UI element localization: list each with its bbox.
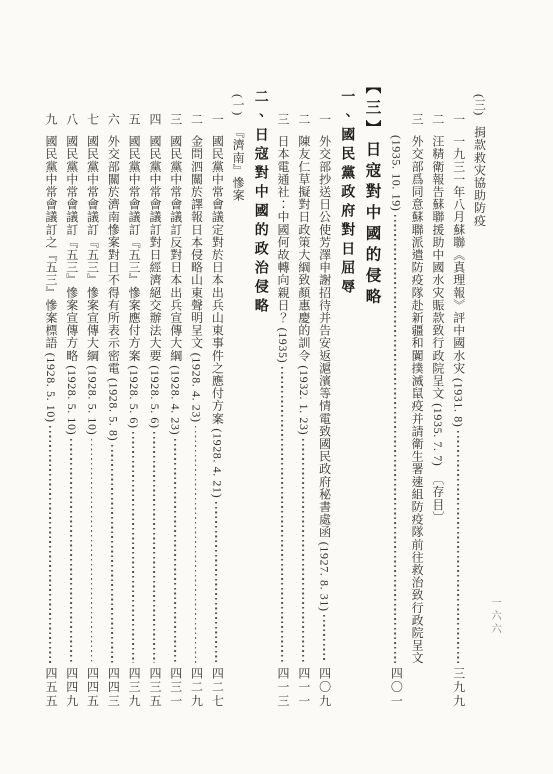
toc-entry: 三 國民黨中常會議訂反對日本出兵宣傳大綱 (1928. 4. 23) 四三一 bbox=[164, 78, 185, 708]
dotted-leader bbox=[451, 427, 465, 667]
entry-number: 一 bbox=[451, 113, 465, 126]
toc-entry: 一 一九三一年八月蘇聯《真理報》評中國水灾 (1931. 8) 三九九 bbox=[447, 78, 468, 708]
entry-title: 國民黨中常會議訂對日經濟絕交辦法大要 (1928. 5. 6) bbox=[147, 135, 161, 429]
toc-entry: 七 國民黨中常會議訂『五三』慘案宣傳大綱 (1928. 5. 10) 四四五 bbox=[81, 78, 102, 708]
dotted-leader bbox=[85, 435, 99, 667]
dotted-leader bbox=[275, 363, 289, 667]
entry-number: 二 bbox=[189, 113, 203, 126]
entry-title: 國民黨中常會議定對於日本出兵山東事件之應付方案 (1928. 4. 21) bbox=[210, 135, 224, 498]
entry-title: 日本電通社：中國何故轉向親日？ (1935) bbox=[275, 135, 289, 363]
page-folio: 一六六 bbox=[488, 597, 503, 636]
section-title: 一、國民黨政府對日屈辱 bbox=[338, 89, 354, 298]
entry-number: 二 bbox=[296, 113, 310, 126]
book-page: { "page": { "folio": "一六六", "paper_color… bbox=[0, 0, 553, 774]
dotted-leader bbox=[64, 435, 78, 667]
toc-entry: 五 國民黨中常會議訂『五三』慘案應付方案 (1928. 5. 6) 四三九 bbox=[123, 78, 144, 708]
dotted-leader bbox=[43, 422, 57, 667]
entry-number: 三 bbox=[409, 113, 423, 126]
subsection-number: (一) bbox=[230, 94, 244, 116]
entry-number: 七 bbox=[85, 113, 99, 126]
toc-entry: 八 國民黨中常會議訂『五三』慘案宣傳方略 (1928. 5. 10) 四四九 bbox=[60, 78, 81, 708]
toc-entry: 四 國民黨中常會議訂對日經濟絕交辦法大要 (1928. 5. 6) 四三五 bbox=[144, 78, 165, 708]
dotted-leader bbox=[317, 611, 331, 667]
subsection-title: 捐款救灾協助防疫 bbox=[472, 126, 486, 227]
dotted-leader bbox=[389, 211, 403, 667]
entry-title: 外交部爲同意蘇聯派遣防疫隊赴新疆和闐撲滅鼠疫并請衛生署速組防疫隊前往救治致行政院… bbox=[409, 135, 423, 664]
entry-page-number: 四〇九 bbox=[317, 667, 331, 708]
toc-entry: 二 金問泗關於譯報日本侵略山東聲明呈文 (1928. 4. 23) 四二九 bbox=[185, 78, 206, 708]
entry-page-number: 四三九 bbox=[126, 667, 140, 708]
entry-title: 外交部抄送日公使芳澤申謝招待并告安返滬濱等情電致國民政府秘書處函 (1927. … bbox=[317, 135, 331, 612]
dotted-leader bbox=[210, 498, 224, 667]
entry-number: 五 bbox=[126, 113, 140, 126]
entry-number: 一 bbox=[317, 113, 331, 126]
section-title: 二、日寇對中國的政治侵略 bbox=[252, 89, 268, 317]
toc-entry: 二 汪精衛報告蘇聯援助中國水灾賑款致行政院呈文 (1935. 7. 7) 〔存目… bbox=[427, 78, 448, 708]
entry-number: 九 bbox=[43, 113, 57, 126]
entry-page-number: 四二七 bbox=[210, 667, 224, 708]
entry-date: (1935. 10. 19) bbox=[389, 135, 403, 211]
dotted-leader bbox=[189, 422, 203, 667]
entry-title: 外交部關於濟南慘案對日不得有所表示密電 (1928. 5. 8) bbox=[106, 135, 120, 441]
toc-entry: 一 國民黨中常會議定對於日本出兵山東事件之應付方案 (1928. 4. 21) … bbox=[206, 78, 227, 708]
toc-entry: 九 國民黨中常會議訂之『五三』慘案標語 (1928. 5. 10) 四五五 bbox=[40, 78, 61, 708]
entry-page-number: 四五五 bbox=[43, 667, 57, 708]
entry-number: 一 bbox=[210, 113, 224, 126]
chapter-heading: 【三】日寇對中國的侵略 bbox=[358, 78, 385, 708]
entry-page-number: 四三一 bbox=[168, 667, 182, 708]
subsection-heading-relief: (三) 捐款救灾協助防疫 bbox=[468, 78, 489, 708]
entry-page-number: 四四五 bbox=[85, 667, 99, 708]
entry-title: 陳友仁草擬對日政策大綱致顏惠慶的訓令 (1932. 1. 23) bbox=[296, 135, 310, 435]
entry-page-number: 四二九 bbox=[189, 667, 203, 708]
entry-page-number: 四一三 bbox=[275, 667, 289, 708]
subsection-number: (三) bbox=[472, 94, 486, 116]
subsection-title: 『濟南』慘案 bbox=[230, 126, 244, 202]
entry-title: 國民黨中常會議訂『五三』慘案宣傳大綱 (1928. 5. 10) bbox=[85, 135, 99, 435]
entry-title: 國民黨中常會議訂之『五三』慘案標語 (1928. 5. 10) bbox=[43, 135, 57, 423]
entry-page-number: 四四九 bbox=[64, 667, 78, 708]
toc-entry-continuation: (1935. 10. 19) 四〇一 bbox=[385, 78, 406, 708]
entry-page-number: 四三五 bbox=[147, 667, 161, 708]
entry-title: 汪精衛報告蘇聯援助中國水灾賑款致行政院呈文 (1935. 7. 7) bbox=[430, 135, 444, 466]
dotted-leader bbox=[147, 428, 161, 667]
dotted-leader bbox=[106, 441, 120, 667]
entry-page-number: 四〇一 bbox=[389, 667, 403, 708]
entry-page-number: 四四三 bbox=[106, 667, 120, 708]
dotted-leader bbox=[296, 435, 310, 667]
toc-entry: 三 外交部爲同意蘇聯派遣防疫隊赴新疆和闐撲滅鼠疫并請衛生署速組防疫隊前往救治致行… bbox=[406, 78, 427, 708]
entry-page-number: 四一一 bbox=[296, 667, 310, 708]
chapter-title: 【三】日寇對中國的侵略 bbox=[363, 78, 381, 309]
entry-number: 二 bbox=[430, 113, 444, 126]
toc-entry: 六 外交部關於濟南慘案對日不得有所表示密電 (1928. 5. 8) 四四三 bbox=[102, 78, 123, 708]
toc-entry: 一 外交部抄送日公使芳澤申謝招待并告安返滬濱等情電致國民政府秘書處函 (1927… bbox=[313, 78, 334, 708]
entry-title: 國民黨中常會議訂『五三』慘案宣傳方略 (1928. 5. 10) bbox=[64, 135, 78, 435]
table-of-contents: (三) 捐款救灾協助防疫 一 一九三一年八月蘇聯《真理報》評中國水灾 (1931… bbox=[40, 78, 489, 708]
dotted-leader bbox=[168, 435, 182, 667]
toc-entry: 三 日本電通社：中國何故轉向親日？ (1935) 四一三 bbox=[272, 78, 293, 708]
entry-title: 一九三一年八月蘇聯《真理報》評中國水灾 (1931. 8) bbox=[451, 135, 465, 427]
subsection-heading-jinan: (一) 『濟南』慘案 bbox=[227, 78, 248, 708]
entry-title: 金問泗關於譯報日本侵略山東聲明呈文 (1928. 4. 23) bbox=[189, 135, 203, 423]
entry-page-number: 三九九 bbox=[451, 667, 465, 708]
entry-number: 六 bbox=[106, 113, 120, 126]
entry-note: 〔存目〕 bbox=[430, 473, 444, 523]
section-heading-1: 一、國民黨政府對日屈辱 bbox=[334, 78, 358, 708]
entry-number: 三 bbox=[275, 113, 289, 126]
section-heading-2: 二、日寇對中國的政治侵略 bbox=[248, 78, 272, 708]
entry-number: 四 bbox=[147, 113, 161, 126]
entry-title: 國民黨中常會議訂反對日本出兵宣傳大綱 (1928. 4. 23) bbox=[168, 135, 182, 435]
entry-number: 三 bbox=[168, 113, 182, 126]
entry-title: 國民黨中常會議訂『五三』慘案應付方案 (1928. 5. 6) bbox=[126, 135, 140, 429]
entry-number: 八 bbox=[64, 113, 78, 126]
toc-entry: 二 陳友仁草擬對日政策大綱致顏惠慶的訓令 (1932. 1. 23) 四一一 bbox=[293, 78, 314, 708]
dotted-leader bbox=[126, 428, 140, 667]
